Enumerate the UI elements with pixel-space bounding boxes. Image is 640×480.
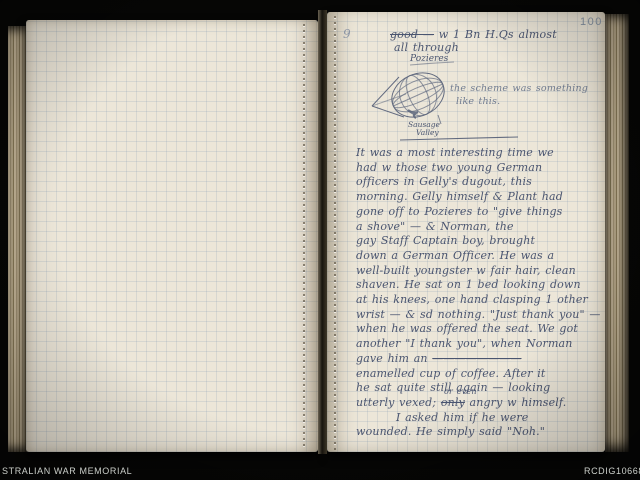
diary-line-text: gay Staff Captain boy, brought bbox=[356, 234, 535, 247]
diary-line-text: another "I thank you", when Norman bbox=[356, 337, 573, 350]
binding-gutter bbox=[318, 10, 327, 454]
handwritten-note: 9 bbox=[343, 27, 351, 41]
scanned-notebook-photo: 100 9good — w 1 Bn H.Qs almostall throug… bbox=[0, 0, 640, 480]
diary-line-text: enamelled cup of coffee. After it bbox=[356, 367, 545, 380]
diary-line-struck-text: only bbox=[441, 396, 465, 409]
right-page-edge-stack bbox=[605, 14, 629, 452]
left-page-bleedthrough-text bbox=[26, 20, 318, 452]
archive-name-label: STRALIAN WAR MEMORIAL bbox=[2, 466, 132, 476]
diary-line-text: when he was offered the seat. We got bbox=[356, 322, 578, 335]
diary-line: enamelled cup of coffee. After it bbox=[356, 367, 608, 382]
diary-entry-paragraph: It was a most interesting time wehad w t… bbox=[356, 146, 608, 440]
diary-line: It was a most interesting time we bbox=[356, 146, 608, 161]
diary-line: gay Staff Captain boy, brought bbox=[356, 234, 608, 249]
diary-line: morning. Gelly himself & Plant had bbox=[356, 190, 608, 205]
diary-line-text: had w those two young German bbox=[356, 161, 542, 174]
diary-line-text: officers in Gelly's dugout, this bbox=[356, 175, 532, 188]
diary-line: well-built youngster w fair hair, clean bbox=[356, 264, 608, 279]
diary-line-text: he sat quite still again — looking bbox=[356, 381, 550, 394]
diary-line: when he was offered the seat. We got bbox=[356, 322, 608, 337]
diary-line: at his knees, one hand clasping 1 other bbox=[356, 293, 608, 308]
diary-line: I asked him if he were bbox=[396, 411, 608, 426]
diary-line-text: morning. Gelly himself & Plant had bbox=[356, 190, 563, 203]
diary-line: wrist — & sd nothing. "Just thank you" — bbox=[356, 308, 608, 323]
pozieres-scheme-sketch: Pozieres Sausage Valley bbox=[350, 50, 530, 155]
note-struck-text: good — bbox=[390, 28, 434, 41]
diary-line: another "I thank you", when Norman bbox=[356, 337, 608, 352]
diary-line-text: well-built youngster w fair hair, clean bbox=[356, 264, 576, 277]
catalogue-id-label: RCDIG10668 bbox=[584, 466, 640, 476]
diary-line-text: gone off to Pozieres to "give things bbox=[356, 205, 562, 218]
diary-line: utterly vexed; only angry w himself. bbox=[356, 396, 608, 411]
diary-line-text: I asked him if he were bbox=[396, 411, 528, 424]
diary-line-text: wounded. He simply said "Noh." bbox=[356, 425, 545, 438]
left-page-edge-stack bbox=[8, 26, 27, 452]
diagram-label-valley: Valley bbox=[416, 128, 439, 137]
diary-line-text: at his knees, one hand clasping 1 other bbox=[356, 293, 588, 306]
handwritten-note: good — w 1 Bn H.Qs almost bbox=[390, 28, 557, 41]
diary-line-text: angry w himself. bbox=[465, 396, 567, 409]
diary-line-text: It was a most interesting time we bbox=[356, 146, 554, 159]
diary-line: wounded. He simply said "Noh." bbox=[356, 425, 608, 440]
diary-line: had w those two young German bbox=[356, 161, 608, 176]
diary-line-text: shaven. He sat on 1 bed looking down bbox=[356, 278, 581, 291]
diary-line: down a German Officer. He was a bbox=[356, 249, 608, 264]
page-number: 100 bbox=[580, 16, 603, 28]
diary-line-struck-text: ———————— bbox=[432, 352, 521, 365]
note-text: 9 bbox=[343, 27, 351, 41]
diary-line-text: down a German Officer. He was a bbox=[356, 249, 554, 262]
diary-line: officers in Gelly's dugout, this bbox=[356, 175, 608, 190]
diary-line-text: a shove" — & Norman, the bbox=[356, 220, 514, 233]
diary-line: he sat quite still again — looking bbox=[356, 381, 608, 396]
diary-line-text: gave him an bbox=[356, 352, 432, 365]
note-text: w 1 Bn H.Qs almost bbox=[434, 28, 557, 41]
diary-line-text: utterly vexed; bbox=[356, 396, 441, 409]
diagram-label-pozieres: Pozieres bbox=[409, 54, 449, 64]
diary-line: gave him an ———————— bbox=[356, 352, 608, 367]
diary-line: shaven. He sat on 1 bed looking down bbox=[356, 278, 608, 293]
diary-line: a shove" — & Norman, the bbox=[356, 220, 608, 235]
diary-line: gone off to Pozieres to "give things bbox=[356, 205, 608, 220]
diary-line-text: wrist — & sd nothing. "Just thank you" — bbox=[356, 308, 600, 321]
